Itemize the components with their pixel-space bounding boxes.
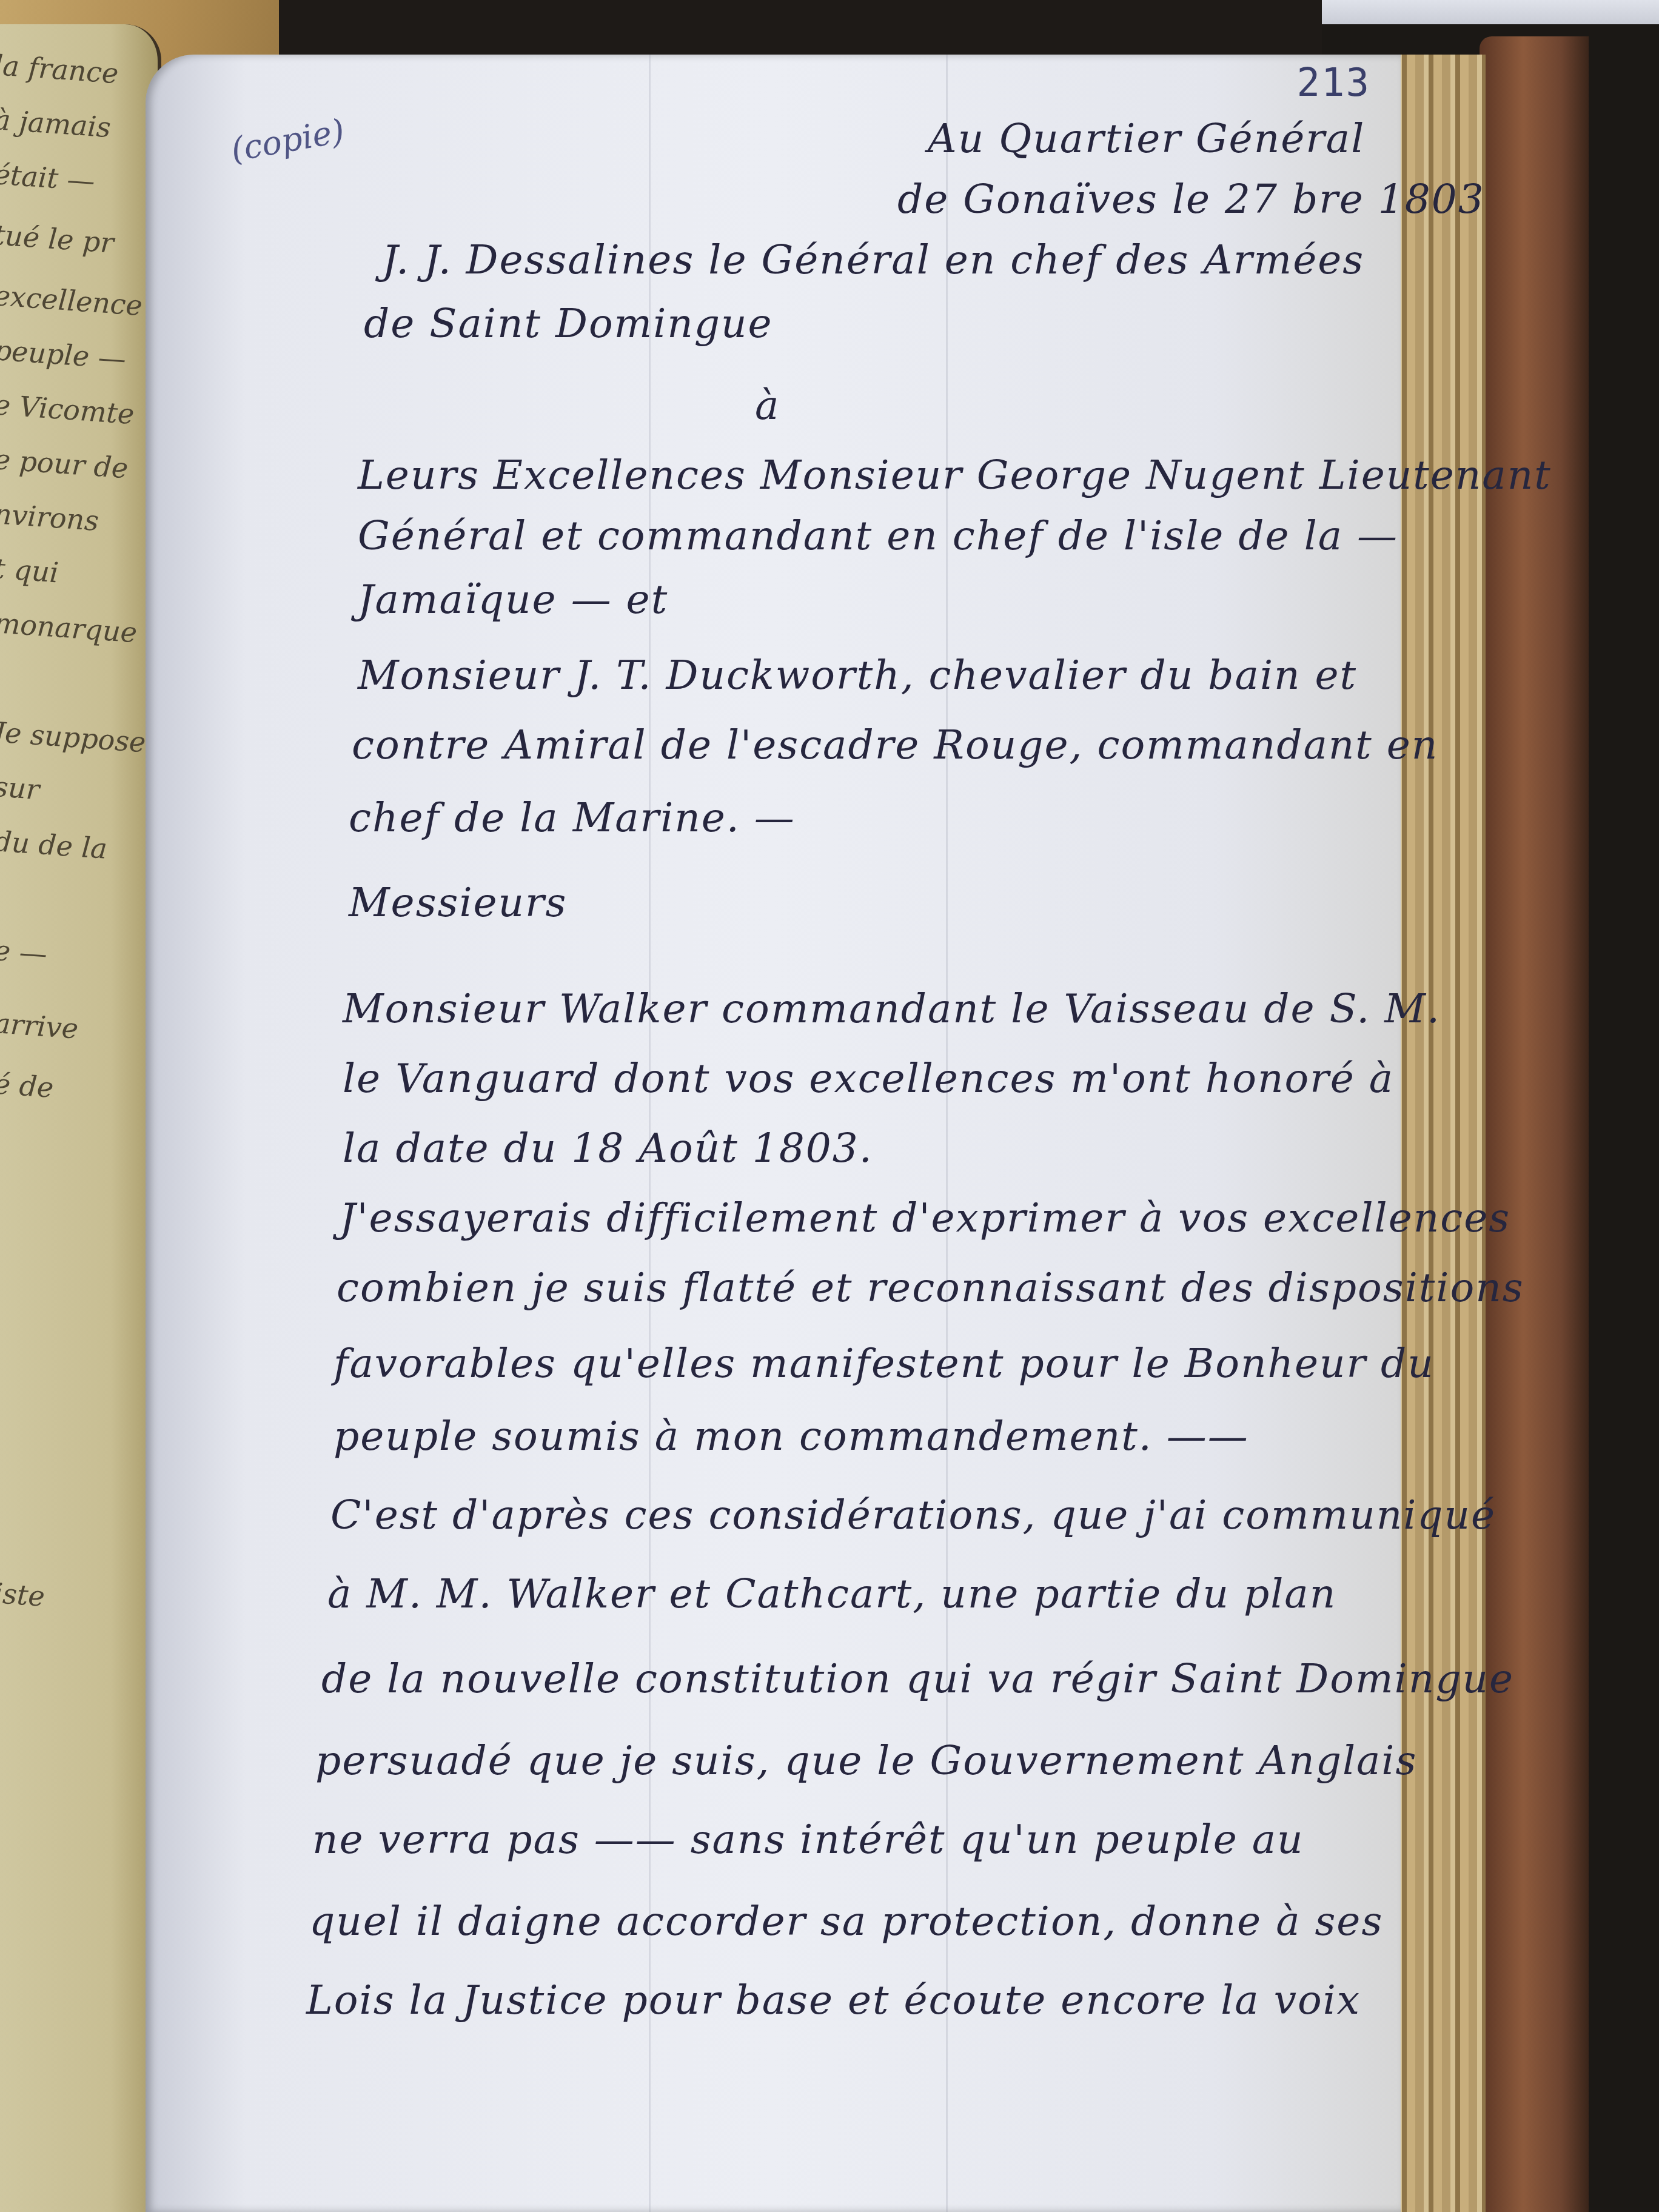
background-paper-strip	[1322, 0, 1659, 24]
body-line: le Vanguard dont vos excellences m'ont h…	[343, 1055, 1394, 1102]
left-fragment: e —	[0, 934, 49, 970]
body-line: peuple soumis à mon commandement. ——	[333, 1413, 1249, 1460]
body-line: à M. M. Walker et Cathcart, une partie d…	[327, 1570, 1336, 1617]
photo-scene: la france à jamais était — tué le pr exc…	[0, 0, 1659, 2212]
body-line: favorables qu'elles manifestent pour le …	[333, 1340, 1435, 1387]
left-fragment: du de la	[0, 825, 109, 865]
left-fragment: excellence	[0, 279, 144, 322]
left-fragment: la france	[0, 49, 119, 90]
left-fragment: e Vicomte	[0, 388, 135, 431]
place-line-1: Au Quartier Général	[928, 115, 1365, 162]
body-line: quel il daigne accorder sa protection, d…	[309, 1898, 1383, 1945]
body-line: Monsieur Walker commandant le Vaisseau d…	[343, 985, 1441, 1032]
recipient-line-4: Monsieur J. T. Duckworth, chevalier du b…	[358, 652, 1357, 699]
sender-line-2: de Saint Domingue	[364, 300, 773, 347]
body-line: de la nouvelle constitution qui va régir…	[321, 1655, 1514, 1702]
recipient-line-5: contre Amiral de l'escadre Rouge, comman…	[352, 722, 1438, 768]
left-fragment: e pour de	[0, 443, 129, 484]
left-fragment: sur	[0, 770, 41, 806]
recipient-line-2: Général et commandant en chef de l'isle …	[358, 512, 1398, 559]
manuscript-page: 213 (copie) Au Quartier Général de Gonaï…	[146, 55, 1401, 2212]
body-line: persuadé que je suis, que le Gouvernemen…	[315, 1737, 1417, 1784]
recipient-line-6: chef de la Marine. —	[349, 794, 796, 841]
left-page: la france à jamais était — tué le pr exc…	[0, 24, 161, 2212]
salutation: Messieurs	[349, 879, 567, 926]
left-fragment: nvirons	[0, 497, 100, 537]
page-stack-edge	[1389, 55, 1486, 2212]
body-line: ne verra pas —— sans intérêt qu'un peupl…	[312, 1816, 1304, 1863]
book-cover	[1480, 36, 1589, 2212]
fold-line	[946, 55, 948, 2212]
left-fragment: t qui	[0, 552, 60, 589]
body-line: Lois la Justice pour base et écoute enco…	[306, 1977, 1361, 2023]
left-fragment: à jamais	[0, 103, 112, 144]
sender-line-1: J. J. Dessalines le Général en chef des …	[382, 236, 1364, 283]
left-fragment: monarque	[0, 606, 138, 649]
left-fragment: Je suppose	[0, 716, 147, 759]
left-fragment: tué le pr	[0, 218, 115, 260]
left-fragment: é de	[0, 1067, 55, 1104]
to-marker: à	[755, 382, 780, 429]
recipient-line-1: Leurs Excellences Monsieur George Nugent…	[358, 452, 1552, 498]
body-line: combien je suis flatté et reconnaissant …	[337, 1264, 1524, 1311]
left-fragment: iste	[0, 1577, 46, 1613]
body-line: J'essayerais difficilement d'exprimer à …	[340, 1195, 1510, 1241]
marginal-note: (copie)	[228, 112, 347, 169]
place-line-2: de Gonaïves le 27 bre 1803	[897, 176, 1485, 223]
left-fragment: était —	[0, 158, 96, 198]
recipient-line-3: Jamaïque — et	[358, 576, 668, 623]
body-line: C'est d'après ces considérations, que j'…	[330, 1492, 1496, 1538]
page-number-stamp: 213	[1296, 61, 1370, 106]
left-fragment: peuple —	[0, 333, 127, 375]
left-fragment: arrive	[0, 1007, 79, 1045]
body-line: la date du 18 Août 1803.	[343, 1125, 873, 1171]
